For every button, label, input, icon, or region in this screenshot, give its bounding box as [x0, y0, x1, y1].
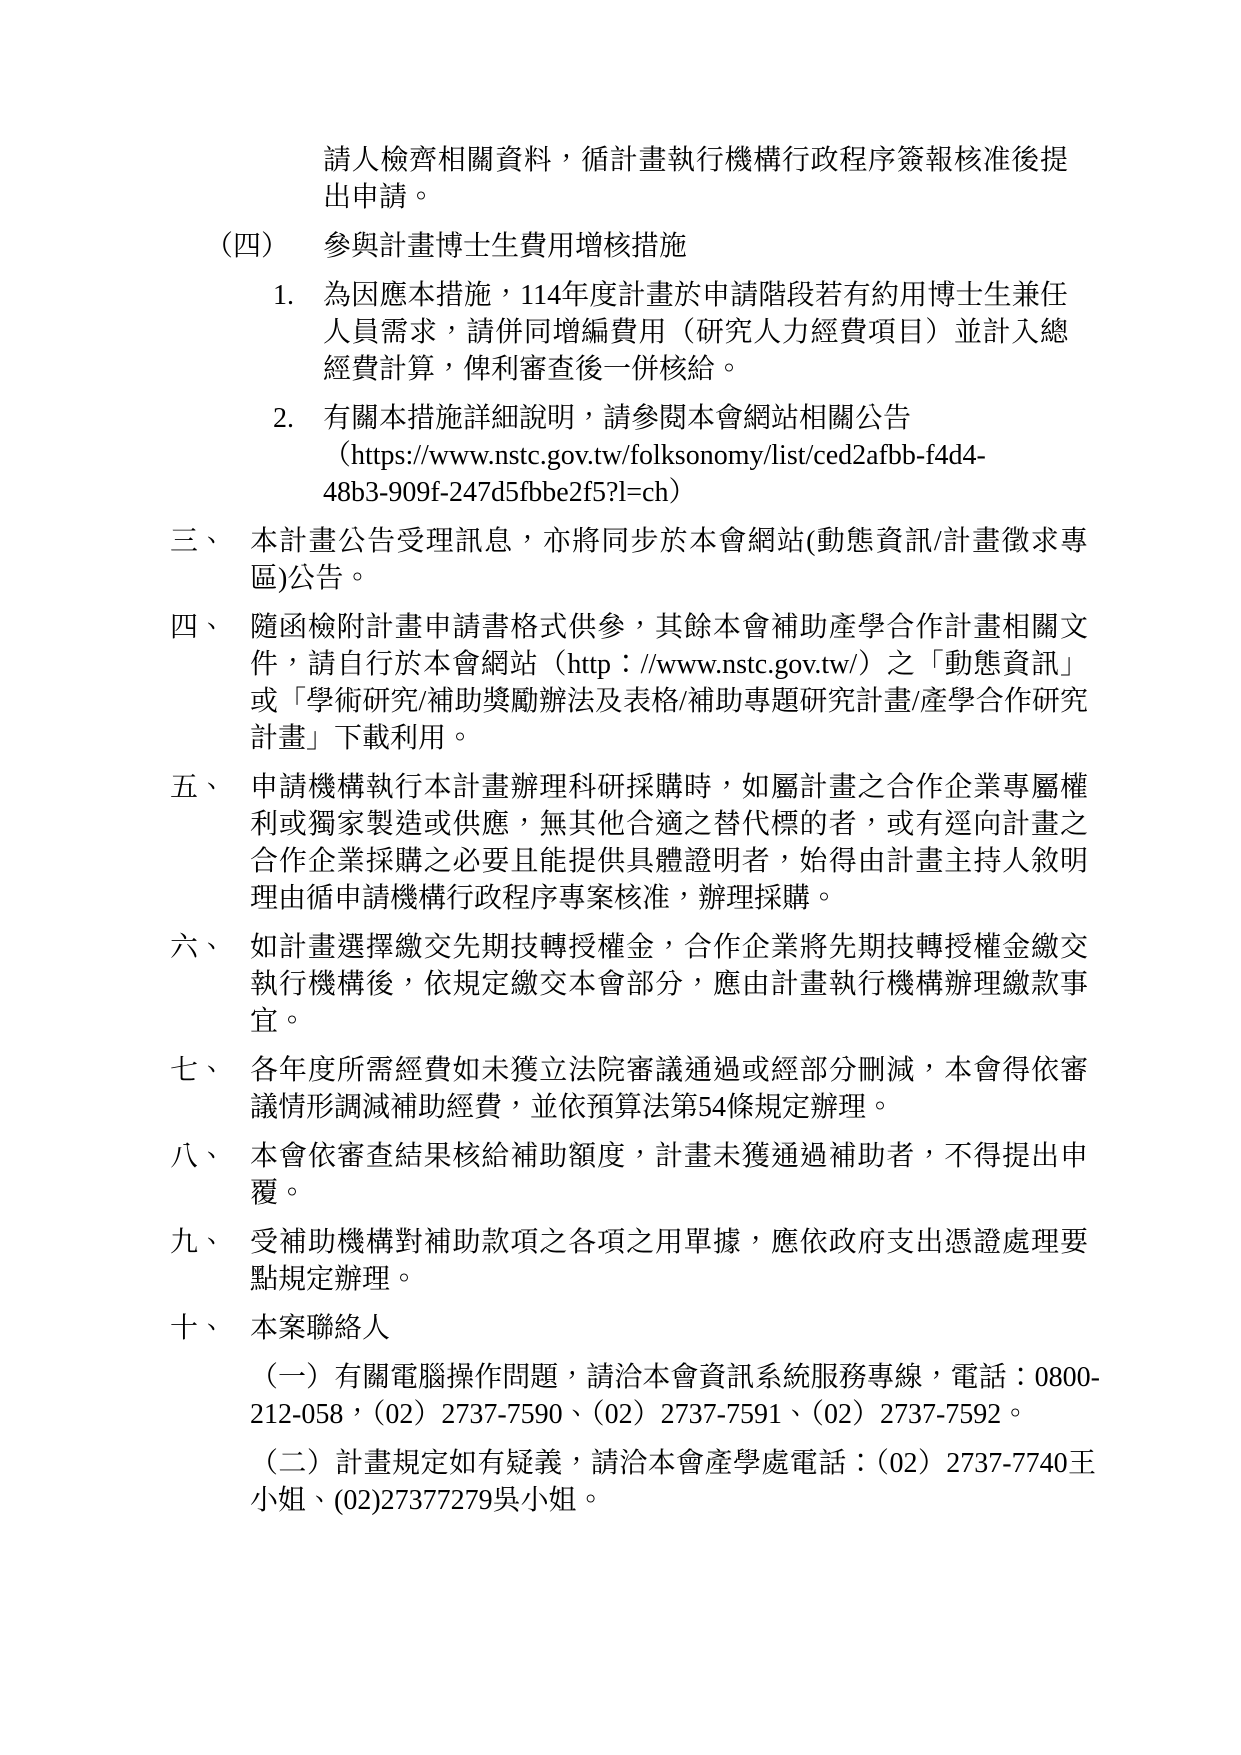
- main-item-8: 八、 本會依審查結果核給補助額度，計畫未獲通過補助者，不得提出申覆。: [170, 1138, 1241, 1212]
- contact-paragraph-1-text: （一）有關電腦操作問題，請洽本會資訊系統服務專線，電話：0800-212-058…: [250, 1359, 1100, 1433]
- main-item-8-text: 本會依審查結果核給補助額度，計畫未獲通過補助者，不得提出申覆。: [250, 1138, 1088, 1212]
- continuation-paragraph: 請人檢齊相關資料，循計畫執行機構行政程序簽報核准後提出申請。: [323, 142, 1241, 216]
- main-item-6-marker: 六、: [170, 929, 250, 1040]
- document-body: 請人檢齊相關資料，循計畫執行機構行政程序簽報核准後提出申請。 （四） 參與計畫博…: [0, 0, 1241, 1519]
- sub-item-4-title: 參與計畫博士生費用增核措施: [323, 228, 1068, 265]
- main-item-3-marker: 三、: [170, 523, 250, 597]
- main-item-5-marker: 五、: [170, 769, 250, 917]
- main-item-10: 十、 本案聯絡人: [170, 1310, 1241, 1347]
- main-item-7: 七、 各年度所需經費如未獲立法院審議通過或經部分刪減，本會得依審議情形調減補助經…: [170, 1052, 1241, 1126]
- main-item-3: 三、 本計畫公告受理訊息，亦將同步於本會網站(動態資訊/計畫徵求專區)公告。: [170, 523, 1241, 597]
- sub-item-4-marker: （四）: [205, 228, 323, 265]
- main-item-3-text: 本計畫公告受理訊息，亦將同步於本會網站(動態資訊/計畫徵求專區)公告。: [250, 523, 1088, 597]
- main-item-8-marker: 八、: [170, 1138, 250, 1212]
- main-item-4: 四、 隨函檢附計畫申請書格式供參，其餘本會補助產學合作計畫相關文件，請自行於本會…: [170, 609, 1241, 757]
- main-item-7-text: 各年度所需經費如未獲立法院審議通過或經部分刪減，本會得依審議情形調減補助經費，並…: [250, 1052, 1088, 1126]
- numbered-item-2-body: 有關本措施詳細說明，請參閱本會網站相關公告 （https://www.nstc.…: [323, 400, 1068, 511]
- main-item-4-text: 隨函檢附計畫申請書格式供參，其餘本會補助產學合作計畫相關文件，請自行於本會網站（…: [250, 609, 1088, 757]
- contact-paragraph-2: （二）計畫規定如有疑義，請洽本會產學處電話：（02）2737-7740王小姐、(…: [250, 1445, 1241, 1519]
- contact-paragraph-2-text: （二）計畫規定如有疑義，請洽本會產學處電話：（02）2737-7740王小姐、(…: [250, 1445, 1096, 1519]
- announcement-url: （https://www.nstc.gov.tw/folksonomy/list…: [323, 437, 1023, 511]
- main-item-10-text: 本案聯絡人: [250, 1310, 1088, 1347]
- document-page: 請人檢齊相關資料，循計畫執行機構行政程序簽報核准後提出申請。 （四） 參與計畫博…: [0, 0, 1241, 1755]
- main-item-7-marker: 七、: [170, 1052, 250, 1126]
- main-item-6: 六、 如計畫選擇繳交先期技轉授權金，合作企業將先期技轉授權金繳交執行機構後，依規…: [170, 929, 1241, 1040]
- numbered-item-2: 2. 有關本措施詳細說明，請參閱本會網站相關公告 （https://www.ns…: [273, 400, 1241, 511]
- numbered-item-1-text: 為因應本措施，114年度計畫於申請階段若有約用博士生兼任人員需求，請併同增編費用…: [323, 277, 1068, 388]
- main-item-9: 九、 受補助機構對補助款項之各項之用單據，應依政府支出憑證處理要點規定辦理。: [170, 1224, 1241, 1298]
- main-item-10-marker: 十、: [170, 1310, 250, 1347]
- main-item-4-marker: 四、: [170, 609, 250, 757]
- numbered-item-2-text: 有關本措施詳細說明，請參閱本會網站相關公告: [323, 403, 911, 434]
- main-item-6-text: 如計畫選擇繳交先期技轉授權金，合作企業將先期技轉授權金繳交執行機構後，依規定繳交…: [250, 929, 1088, 1040]
- main-item-9-text: 受補助機構對補助款項之各項之用單據，應依政府支出憑證處理要點規定辦理。: [250, 1224, 1088, 1298]
- numbered-item-2-marker: 2.: [273, 400, 323, 511]
- main-item-9-marker: 九、: [170, 1224, 250, 1298]
- main-item-5-text: 申請機構執行本計畫辦理科研採購時，如屬計畫之合作企業專屬權利或獨家製造或供應，無…: [250, 769, 1088, 917]
- continuation-paragraph-text: 請人檢齊相關資料，循計畫執行機構行政程序簽報核准後提出申請。: [323, 142, 1068, 216]
- numbered-item-1-marker: 1.: [273, 277, 323, 388]
- numbered-item-1: 1. 為因應本措施，114年度計畫於申請階段若有約用博士生兼任人員需求，請併同增…: [273, 277, 1241, 388]
- sub-item-4: （四） 參與計畫博士生費用增核措施: [205, 228, 1241, 265]
- main-item-5: 五、 申請機構執行本計畫辦理科研採購時，如屬計畫之合作企業專屬權利或獨家製造或供…: [170, 769, 1241, 917]
- contact-paragraph-1: （一）有關電腦操作問題，請洽本會資訊系統服務專線，電話：0800-212-058…: [250, 1359, 1241, 1433]
